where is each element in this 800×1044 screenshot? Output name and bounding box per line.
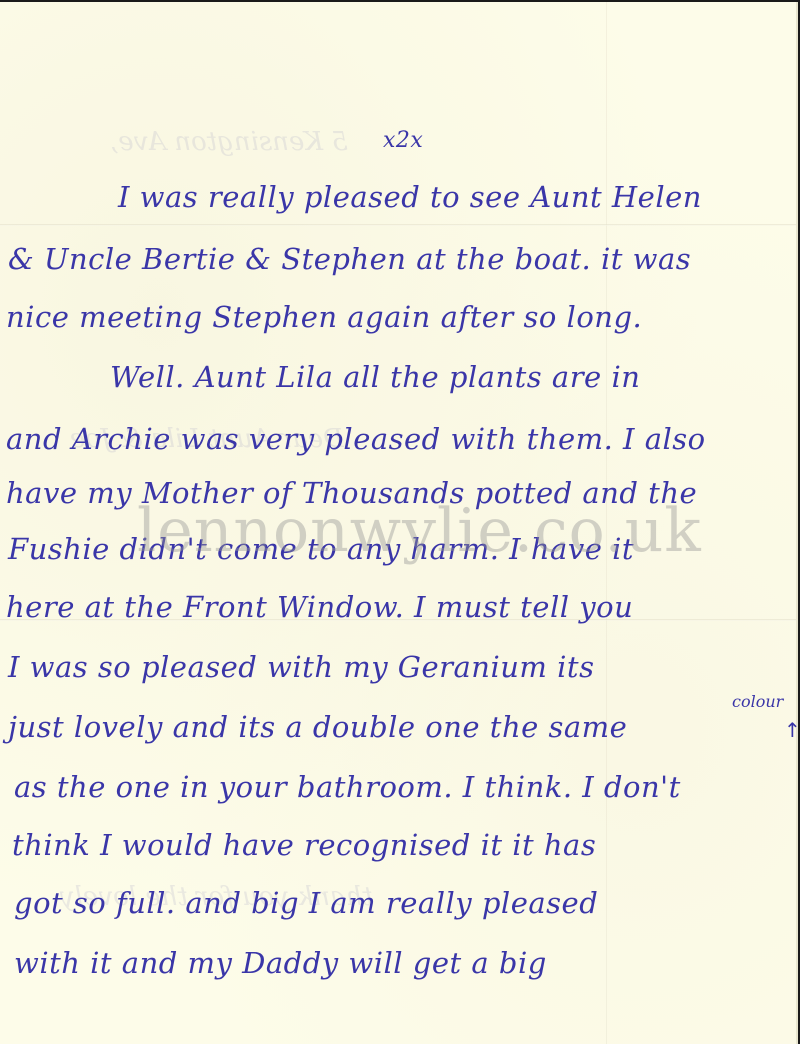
letter-line: and Archie was very pleased with them. I…	[6, 422, 706, 456]
letter-line: just lovely and its a double one the sam…	[8, 710, 627, 744]
letter-line: I was really pleased to see Aunt Helen	[118, 180, 702, 214]
letter-line: think I would have recognised it it has	[12, 828, 596, 862]
letter-line: & Uncle Bertie & Stephen at the boat. it…	[8, 242, 691, 276]
letter-line: here at the Front Window. I must tell yo…	[6, 590, 633, 624]
letter-line: I was so pleased with my Geranium its	[8, 650, 594, 684]
letter-line: as the one in your bathroom. I think. I …	[14, 770, 681, 804]
letter-line: Well. Aunt Lila all the plants are in	[110, 360, 640, 394]
watermark: lennonwylie.co.uk	[137, 496, 702, 566]
letter-line: nice meeting Stephen again after so long…	[6, 300, 642, 334]
letter-page: 5 Kensington Ave, Dear Aunt Lila & Joe t…	[0, 2, 798, 1044]
letter-line: got so full. and big I am really pleased	[14, 886, 598, 920]
inserted-word: colour	[732, 692, 783, 711]
paper-fold-line	[0, 224, 796, 226]
insertion-caret-icon: ↑	[784, 718, 800, 742]
letter-line: with it and my Daddy will get a big	[14, 946, 547, 980]
page-number: x2x	[383, 128, 423, 153]
bleed-through-text: 5 Kensington Ave,	[110, 127, 348, 157]
